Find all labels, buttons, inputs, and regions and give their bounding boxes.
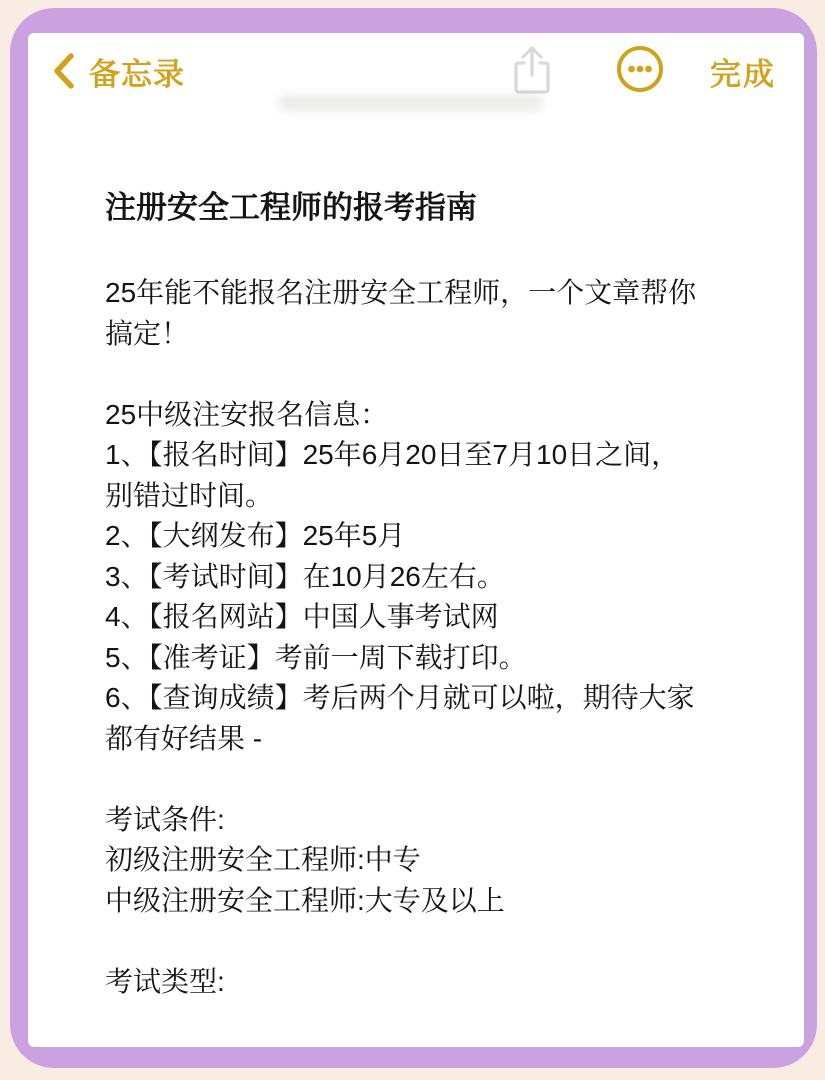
navbar-actions: 完成 (509, 41, 776, 102)
note-line: 中级注册安全工程师:大专及以上 (105, 881, 774, 922)
note-line: 初级注册安全工程师:中专 (105, 840, 774, 881)
navbar: 备忘录 完成 (52, 47, 776, 95)
note-line: 别错过时间。 (105, 476, 774, 517)
note-line: 25中级注安报名信息： (105, 395, 774, 436)
note-line: 1、【报名时间】25年6月20日至7月10日之间， (105, 435, 774, 476)
note-line: 25年能不能报名注册安全工程师，一个文章帮你 (105, 273, 774, 314)
done-button[interactable]: 完成 (710, 49, 776, 94)
note-line: 3、【考试时间】在10月26左右。 (105, 557, 774, 598)
blurred-smudge (278, 95, 543, 110)
note-line: 考试条件: (105, 800, 774, 841)
note-line (105, 354, 774, 395)
note-line: 都有好结果 - (105, 719, 774, 760)
ellipsis-circle-icon[interactable] (615, 44, 665, 99)
note-line: 搞定！ (105, 314, 774, 355)
note-line: 2、【大纲发布】25年5月 (105, 516, 774, 557)
note-line (105, 921, 774, 962)
note-line: 5、【准考证】考前一周下载打印。 (105, 638, 774, 679)
chevron-left-icon (52, 52, 89, 90)
notes-card: 备忘录 完成 (28, 33, 804, 1047)
note-body[interactable]: 25年能不能报名注册安全工程师，一个文章帮你搞定！25中级注安报名信息：1、【报… (105, 273, 774, 1002)
note-line: 考试类型: (105, 962, 774, 1003)
purple-frame: 备忘录 完成 (10, 8, 817, 1068)
note-line: 6、【查询成绩】考后两个月就可以啦，期待大家 (105, 678, 774, 719)
note-line: 4、【报名网站】中国人事考试网 (105, 597, 774, 638)
note-title: 注册安全工程师的报考指南 (105, 186, 764, 230)
note-line (105, 759, 774, 800)
back-button[interactable]: 备忘录 (52, 49, 185, 94)
back-label: 备忘录 (89, 49, 185, 94)
